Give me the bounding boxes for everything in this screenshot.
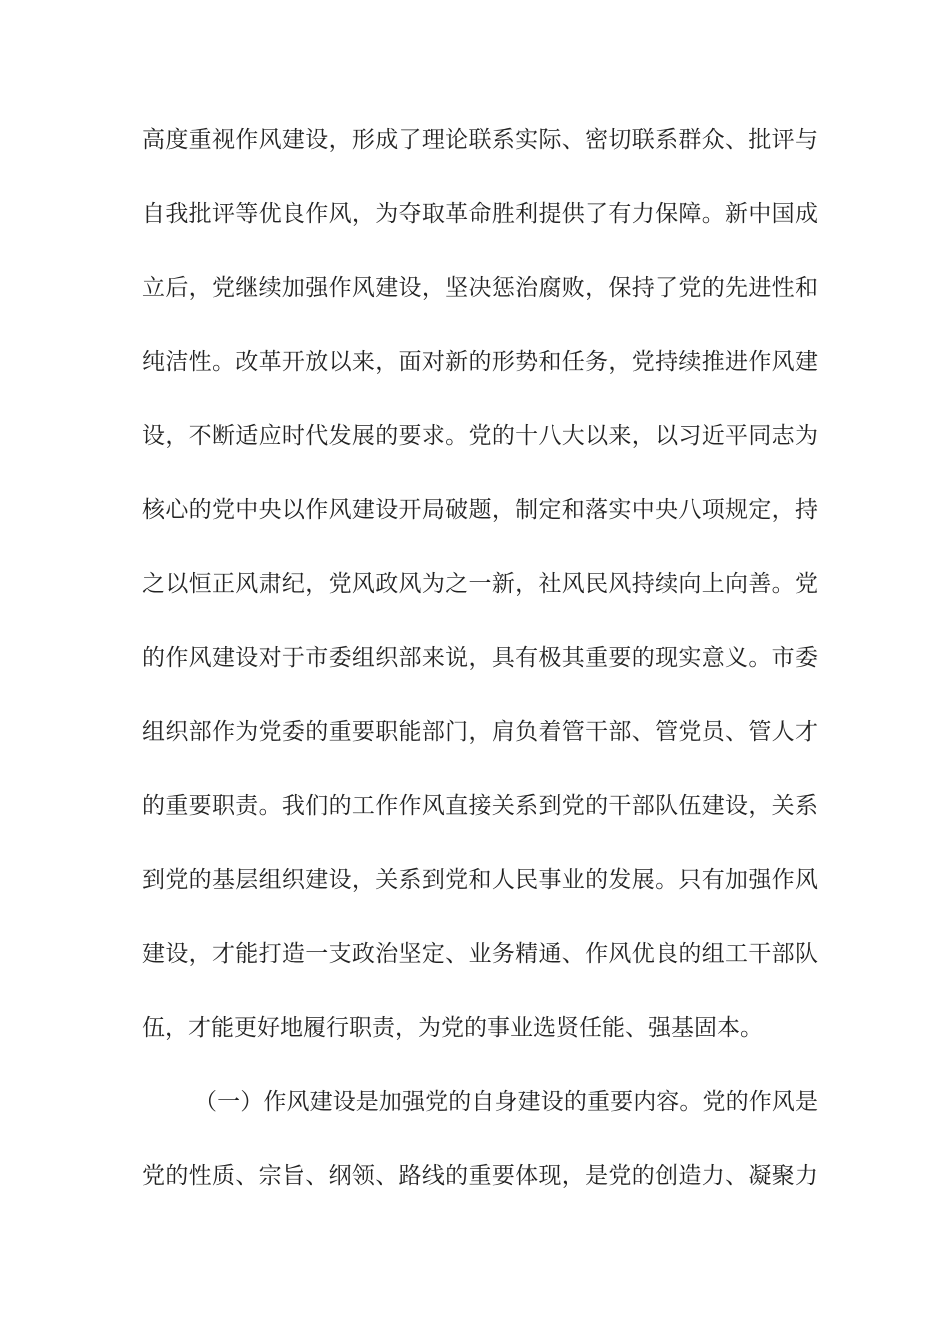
text-line: 的重要职责。我们的工作作风直接关系到党的干部队伍建设，关系 [142, 769, 818, 843]
text-line: 设，不断适应时代发展的要求。党的十八大以来，以习近平同志为 [142, 399, 818, 473]
text-line: 核心的党中央以作风建设开局破题，制定和落实中央八项规定，持 [142, 473, 818, 547]
text-line: 自我批评等优良作风，为夺取革命胜利提供了有力保障。新中国成 [142, 177, 818, 251]
text-line: 组织部作为党委的重要职能部门，肩负着管干部、管党员、管人才 [142, 695, 818, 769]
text-line: 党的性质、宗旨、纲领、路线的重要体现，是党的创造力、凝聚力 [142, 1139, 818, 1213]
text-line: 伍，才能更好地履行职责，为党的事业选贤任能、强基固本。 [142, 991, 818, 1065]
text-line: 到党的基层组织建设，关系到党和人民事业的发展。只有加强作风 [142, 843, 818, 917]
text-line: 高度重视作风建设，形成了理论联系实际、密切联系群众、批评与 [142, 103, 818, 177]
text-line: 建设，才能打造一支政治坚定、业务精通、作风优良的组工干部队 [142, 917, 818, 991]
text-line: 之以恒正风肃纪，党风政风为之一新，社风民风持续向上向善。党 [142, 547, 818, 621]
paragraph-continuation: 高度重视作风建设，形成了理论联系实际、密切联系群众、批评与 自我批评等优良作风，… [142, 103, 818, 1065]
document-text-block: 高度重视作风建设，形成了理论联系实际、密切联系群众、批评与 自我批评等优良作风，… [142, 103, 818, 1213]
text-line: 立后，党继续加强作风建设，坚决惩治腐败，保持了党的先进性和 [142, 251, 818, 325]
text-line: 纯洁性。改革开放以来，面对新的形势和任务，党持续推进作风建 [142, 325, 818, 399]
paragraph-section-one: （一）作风建设是加强党的自身建设的重要内容。党的作风是 党的性质、宗旨、纲领、路… [142, 1065, 818, 1213]
text-line: （一）作风建设是加强党的自身建设的重要内容。党的作风是 [142, 1065, 818, 1139]
document-page: 高度重视作风建设，形成了理论联系实际、密切联系群众、批评与 自我批评等优良作风，… [0, 0, 950, 1344]
text-line: 的作风建设对于市委组织部来说，具有极其重要的现实意义。市委 [142, 621, 818, 695]
